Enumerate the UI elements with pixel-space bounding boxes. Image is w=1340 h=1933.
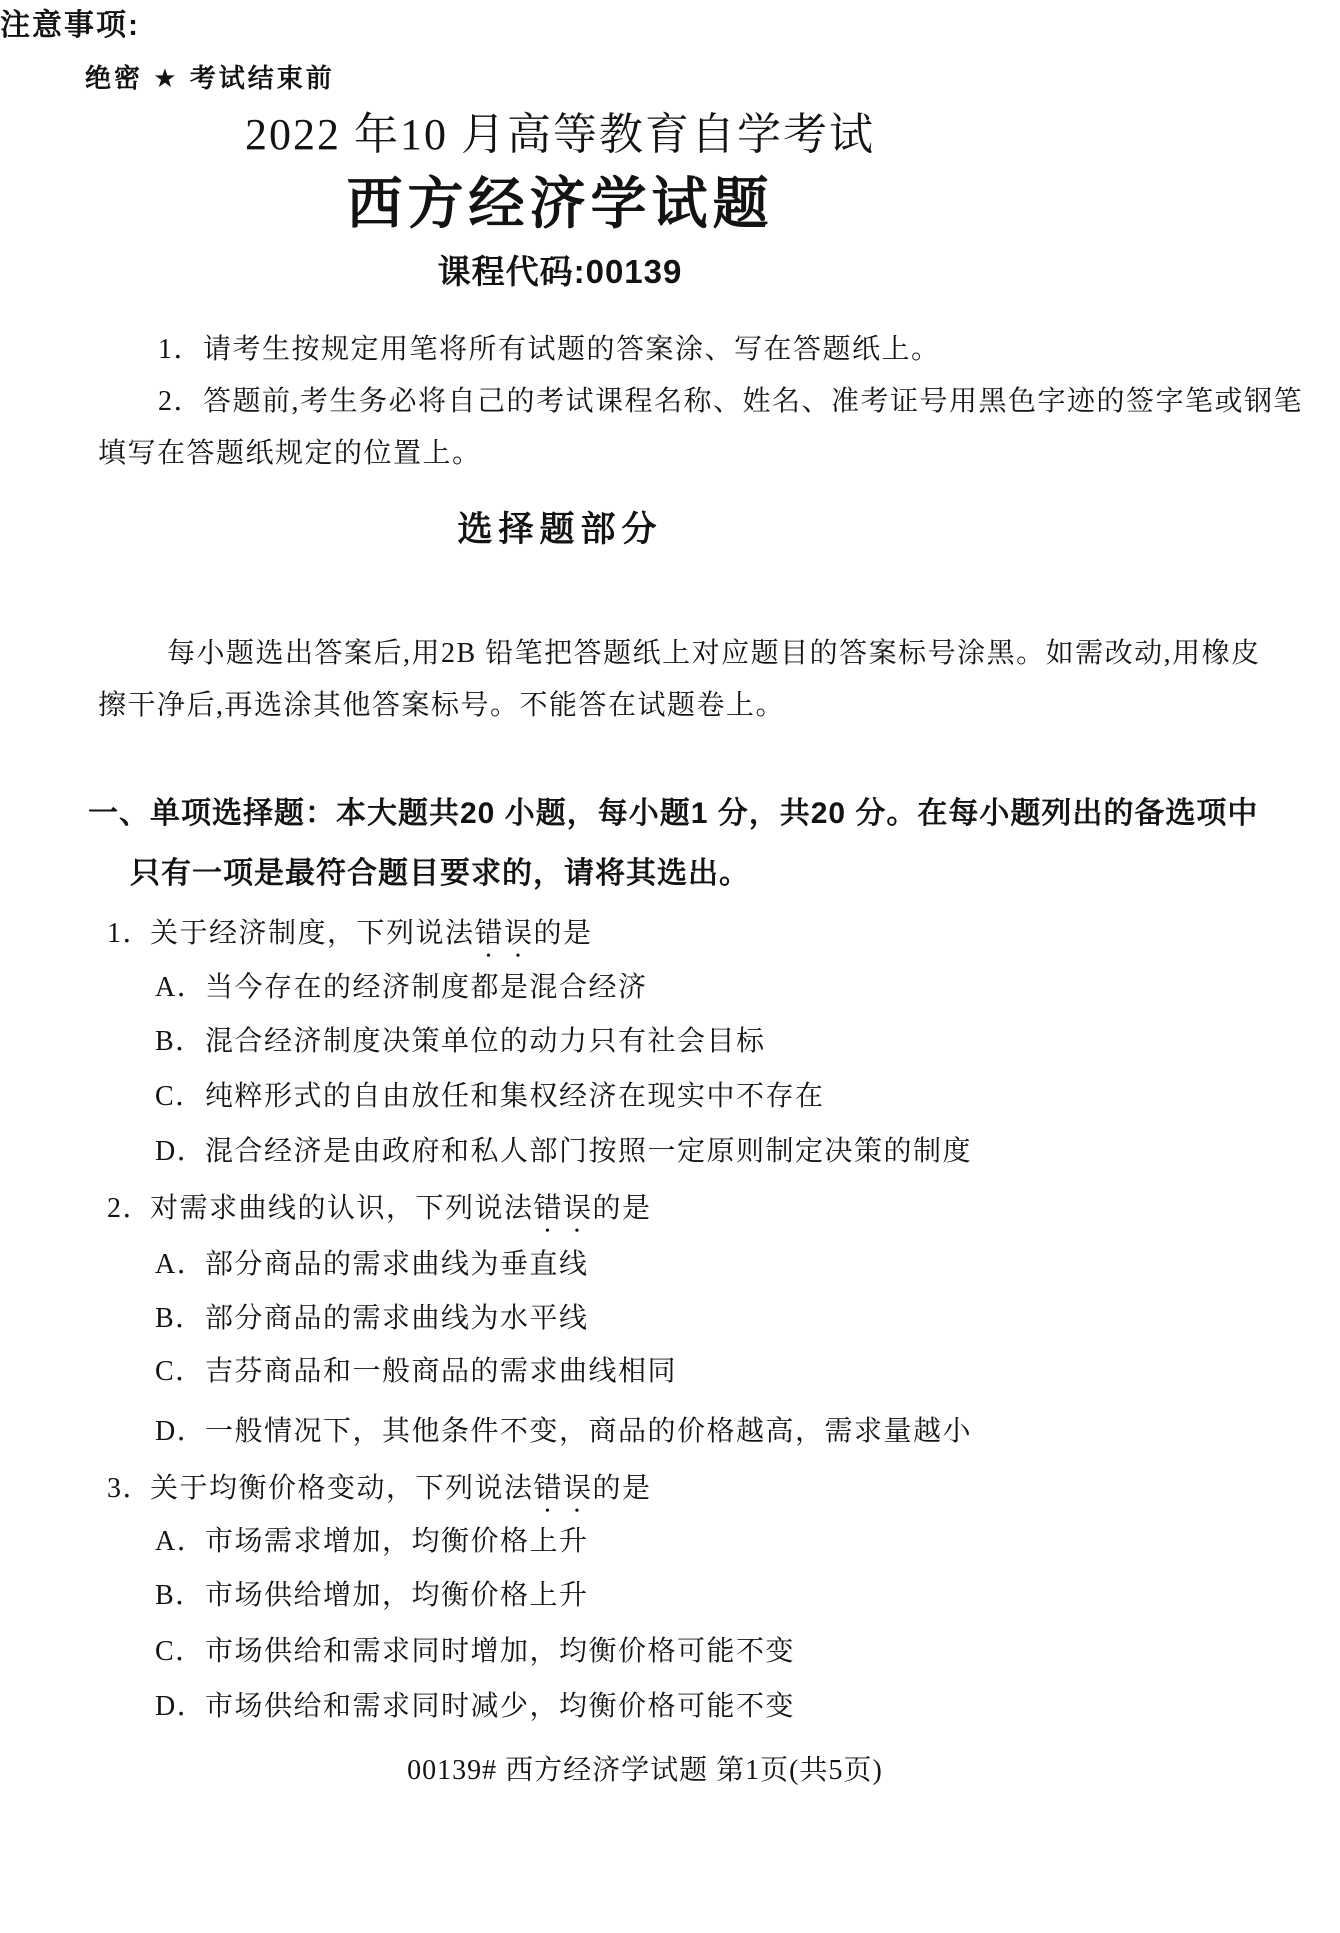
section-title: 选择题部分 — [0, 502, 1120, 552]
emphasized-text: 错误 — [475, 918, 534, 949]
option-text: 市场需求增加，均衡价格上升 — [205, 1524, 589, 1560]
exam-session-title: 2022 年10 月高等教育自学考试 — [0, 98, 1120, 162]
instruction-line-2: 2．答题前,考生务必将自己的考试课程名称、姓名、准考证号用黑色字迹的签字笔或钢笔 — [158, 384, 1303, 420]
stem-text: 关于经济制度，下列说法 — [150, 918, 475, 949]
question-stem: 关于均衡价格变动，下列说法错误的是 — [150, 1471, 652, 1519]
instruction-line-2-continued: 填写在答题纸规定的位置上。 — [98, 436, 482, 472]
option-label: A． — [155, 1524, 206, 1560]
stem-text: 的是 — [593, 1473, 652, 1504]
stem-text: 的是 — [534, 918, 593, 949]
option-text: 部分商品的需求曲线为垂直线 — [205, 1247, 589, 1283]
option-label: B． — [155, 1578, 205, 1614]
option-label: A． — [155, 1247, 206, 1283]
option-label: D． — [155, 1689, 206, 1725]
option-label: A． — [155, 970, 206, 1006]
security-marking: 绝密 ★ 考试结束前 — [85, 58, 335, 95]
question-stem: 关于经济制度，下列说法错误的是 — [150, 916, 593, 964]
emphasized-text: 错误 — [534, 1473, 593, 1504]
exam-paper-page: 绝密 ★ 考试结束前 2022 年10 月高等教育自学考试 西方经济学试题 课程… — [0, 0, 1340, 1933]
option-text: 一般情况下，其他条件不变，商品的价格越高，需求量越小 — [205, 1414, 972, 1450]
question-number: 2． — [107, 1191, 152, 1227]
instruction-line-1: 1．请考生按规定用笔将所有试题的答案涂、写在答题纸上。 — [158, 332, 941, 368]
option-text: 市场供给和需求同时减少，均衡价格可能不变 — [205, 1689, 795, 1725]
option-label: D． — [155, 1414, 206, 1450]
notice-line-2: 擦干净后,再选涂其他答案标号。不能答在试题卷上。 — [98, 688, 785, 724]
stem-text: 关于均衡价格变动，下列说法 — [150, 1473, 534, 1504]
option-text: 吉芬商品和一般商品的需求曲线相同 — [205, 1354, 677, 1390]
notice-line-1: 每小题选出答案后,用2B 铅笔把答题纸上对应题目的答案标号涂黑。如需改动,用橡皮 — [167, 636, 1261, 672]
notice-label: 注意事项: — [0, 0, 1340, 44]
option-text: 市场供给增加，均衡价格上升 — [205, 1578, 589, 1614]
stem-text: 的是 — [593, 1193, 652, 1224]
question-stem: 对需求曲线的认识，下列说法错误的是 — [150, 1191, 652, 1239]
option-label: B． — [155, 1024, 205, 1060]
question-number: 3． — [107, 1471, 152, 1507]
option-label: C． — [155, 1079, 205, 1115]
page-footer: 00139# 西方经济学试题 第1页(共5页) — [0, 1748, 1290, 1788]
option-label: B． — [155, 1301, 205, 1337]
course-code: 课程代码:00139 — [0, 246, 1120, 293]
option-text: 市场供给和需求同时增加，均衡价格可能不变 — [205, 1634, 795, 1670]
part-heading: 一、单项选择题：本大题共20 小题，每小题1 分，共20 分。在每小题列出的备选… — [88, 796, 1258, 832]
option-text: 当今存在的经济制度都是混合经济 — [205, 970, 648, 1006]
stem-text: 对需求曲线的认识，下列说法 — [150, 1193, 534, 1224]
option-label: C． — [155, 1354, 205, 1390]
question-number: 1． — [107, 916, 152, 952]
emphasized-text: 错误 — [534, 1193, 593, 1224]
option-text: 纯粹形式的自由放任和集权经济在现实中不存在 — [205, 1079, 825, 1115]
option-text: 混合经济制度决策单位的动力只有社会目标 — [205, 1024, 766, 1060]
paper-title: 西方经济学试题 — [0, 160, 1120, 240]
option-label: D． — [155, 1134, 206, 1170]
option-text: 部分商品的需求曲线为水平线 — [205, 1301, 589, 1337]
option-label: C． — [155, 1634, 205, 1670]
option-text: 混合经济是由政府和私人部门按照一定原则制定决策的制度 — [205, 1134, 972, 1170]
part-heading-continued: 只有一项是最符合题目要求的，请将其选出。 — [130, 856, 750, 892]
